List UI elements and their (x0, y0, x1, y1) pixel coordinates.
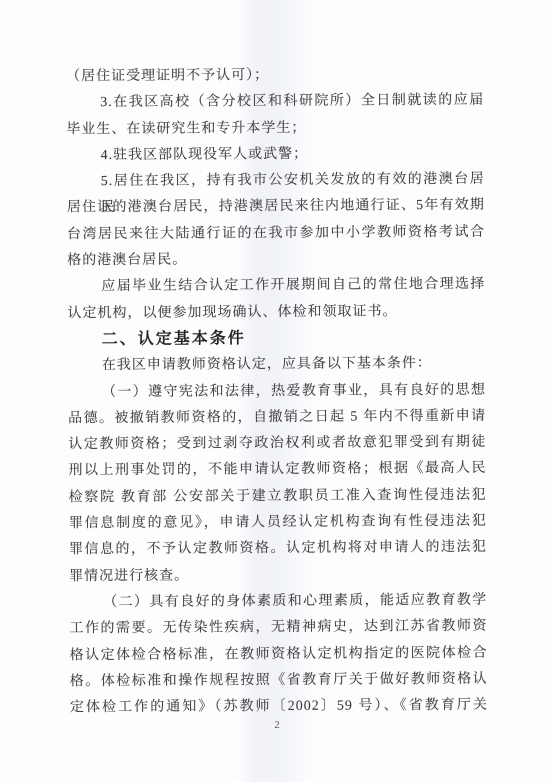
text-line: （居住证受理证明不予认可）； (66, 62, 484, 91)
text-line: 格的港澳台居民。 (67, 246, 485, 275)
page-number: 2 (68, 717, 486, 733)
text-line: 居住证的港澳台居民，持港澳居民来往内地通行证、5年有效期 (67, 193, 485, 222)
text-line: 品德。被撤销教师资格的，自撤销之日起 5 年内不得重新申请 (68, 404, 486, 433)
text-line: 认定机构，以便参加现场确认、体检和领取证书。 (67, 298, 485, 327)
text-line: 认定教师资格；受到过剥夺政治权利或者故意犯罪受到有期徒 (68, 430, 486, 459)
document-body: （居住证受理证明不予认可）； 3.在我区高校（含分校区和科研院所）全日制就读的应… (66, 62, 488, 722)
text-line: 3.在我区高校（含分校区和科研院所）全日制就读的应届 (66, 88, 484, 117)
text-line: 台湾居民来往大陆通行证的在我市参加中小学教师资格考试合 (67, 220, 485, 249)
text-line: （二）具有良好的身体素质和心理素质，能适应教育教学 (69, 588, 487, 617)
text-line: 罪信息制度的意见》，申请人员经认定机构查询有性侵违法犯 (69, 509, 487, 538)
text-line: 格。体检标准和操作规程按照《省教育厅关于做好教师资格认 (70, 667, 488, 696)
text-line: 罪信息的，不予认定教师资格。认定机构将对申请人的违法犯 (69, 535, 487, 564)
document-page: （居住证受理证明不予认可）； 3.在我区高校（含分校区和科研院所）全日制就读的应… (0, 0, 554, 782)
text-line: 应届毕业生结合认定工作开展期间自己的常住地合理选择 (67, 272, 485, 301)
text-line: 毕业生、在读研究生和专升本学生； (66, 114, 484, 143)
text-line: 在我区申请教师资格认定，应具备以下基本条件： (68, 351, 486, 380)
text-line: 格认定体检合格标准，在教师资格认定机构指定的医院体检合 (70, 640, 488, 669)
text-line: 罪情况进行核查。 (69, 561, 487, 590)
text-line: 刑以上刑事处罚的，不能申请认定教师资格；根据《最高人民 (68, 456, 486, 485)
text-line: 4.驻我区部队现役军人或武警； (66, 141, 484, 170)
text-line: 工作的需要。无传染性疾病，无精神病史，达到江苏省教师资 (69, 614, 487, 643)
text-line: （一）遵守宪法和法律，热爱教育事业，具有良好的思想 (68, 377, 486, 406)
text-line: 检察院 教育部 公安部关于建立教职员工准入查询性侵违法犯 (69, 482, 487, 511)
text-line: 5.居住在我区，持有我市公安机关发放的有效的港澳台居民 (67, 167, 485, 196)
section-heading: 二、认定基本条件 (68, 325, 486, 354)
